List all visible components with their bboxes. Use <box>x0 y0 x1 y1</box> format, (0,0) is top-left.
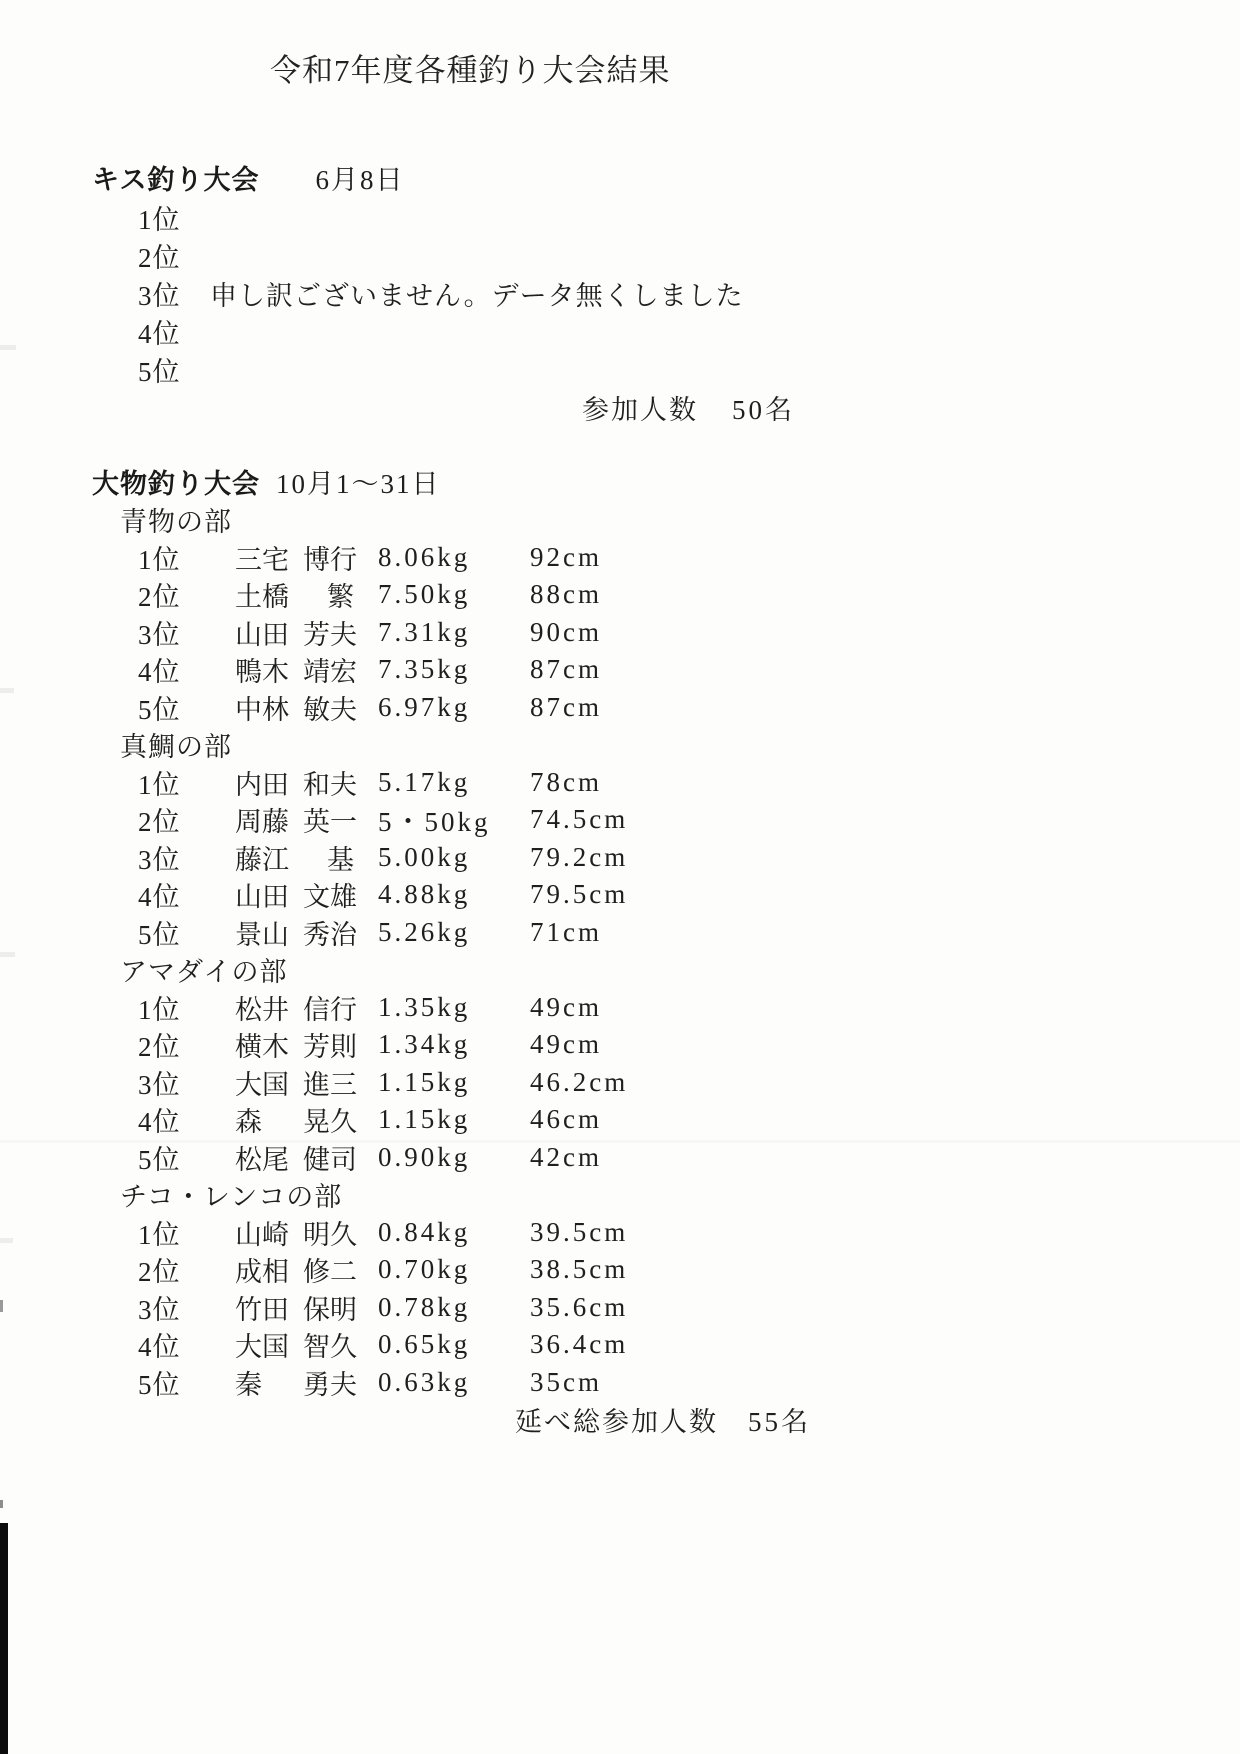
rank-row: 5位 <box>0 350 1240 388</box>
rank-label: 1位 <box>138 1213 235 1252</box>
catch-length: 42cm <box>530 1142 602 1173</box>
catch-length: 35.6cm <box>530 1292 628 1323</box>
total-participants-label: 延べ総参加人数 <box>515 1400 718 1439</box>
catch-weight: 6.97kg <box>378 692 530 723</box>
angler-given-name: 芳則 <box>303 1025 378 1064</box>
angler-family-name: 竹田 <box>235 1288 303 1327</box>
scan-streak-artifact <box>0 1238 13 1243</box>
angler-family-name: 松尾 <box>235 1138 303 1177</box>
angler-given-name: 敏夫 <box>303 688 378 727</box>
angler-family-name: 山田 <box>235 875 303 914</box>
rank-label: 2位 <box>138 1250 235 1289</box>
catch-length: 79.5cm <box>530 879 628 910</box>
scan-black-bar-artifact <box>0 1523 8 1754</box>
apology-note: 申し訳ございません。データ無くしました <box>210 274 744 313</box>
page-title: 令和7年度各種釣り大会結果 <box>270 50 671 92</box>
total-participants-line: 延べ総参加人数 55名 <box>0 1401 1240 1439</box>
rank-label: 3位 <box>138 274 210 313</box>
participants-count: 50名 <box>732 388 795 427</box>
result-row: 1位 松井 信行 1.35kg 49cm <box>0 989 1240 1027</box>
rank-label: 4位 <box>138 312 210 351</box>
catch-weight: 8.06kg <box>378 542 530 573</box>
result-row: 5位 松尾 健司 0.90kg 42cm <box>0 1139 1240 1177</box>
angler-family-name: 横木 <box>235 1025 303 1064</box>
angler-given-name: 修二 <box>303 1250 378 1289</box>
catch-length: 71cm <box>530 917 602 948</box>
catch-weight: 5.17kg <box>378 767 530 798</box>
angler-family-name: 周藤 <box>235 800 303 839</box>
catch-length: 78cm <box>530 767 602 798</box>
result-row: 2位 横木 芳則 1.34kg 49cm <box>0 1026 1240 1064</box>
result-row: 1位 三宅 博行 8.06kg 92cm <box>0 539 1240 577</box>
angler-family-name: 大国 <box>235 1325 303 1364</box>
tournament-title: 大物釣り大会 <box>92 462 260 501</box>
rank-label: 3位 <box>138 1063 235 1102</box>
angler-given-name: 靖宏 <box>303 650 378 689</box>
result-row: 5位 秦 勇夫 0.63kg 35cm <box>0 1364 1240 1402</box>
participants-line: 参加人数 50名 <box>0 388 1240 426</box>
result-row: 2位 土橋 繁 7.50kg 88cm <box>0 576 1240 614</box>
angler-given-name: 信行 <box>303 988 378 1027</box>
angler-given-name: 進三 <box>303 1063 378 1102</box>
oomono-tournament-section: 大物釣り大会 10月1～31日 青物の部 1位 三宅 博行 8.06kg 92c… <box>0 461 1240 1439</box>
angler-family-name: 山田 <box>235 613 303 652</box>
tournament-title: キス釣り大会 <box>92 158 259 197</box>
result-row: 2位 周藤 英一 5・50kg 74.5cm <box>0 801 1240 839</box>
result-row: 3位 大国 進三 1.15kg 46.2cm <box>0 1064 1240 1102</box>
rank-label: 3位 <box>138 613 235 652</box>
angler-family-name: 中林 <box>235 688 303 727</box>
rank-label: 4位 <box>138 1100 235 1139</box>
angler-family-name: 松井 <box>235 988 303 1027</box>
tournament-date: 10月1～31日 <box>276 462 441 501</box>
result-row: 5位 景山 秀治 5.26kg 71cm <box>0 914 1240 952</box>
catch-weight: 5.26kg <box>378 917 530 948</box>
angler-given-name: 晃久 <box>303 1100 378 1139</box>
rank-label: 5位 <box>138 913 235 952</box>
catch-length: 90cm <box>530 617 602 648</box>
result-row: 3位 竹田 保明 0.78kg 35.6cm <box>0 1289 1240 1327</box>
scan-streak-artifact <box>0 952 15 957</box>
section-label: 青物の部 <box>120 500 232 539</box>
catch-length: 74.5cm <box>530 804 628 835</box>
rank-label: 4位 <box>138 1325 235 1364</box>
catch-length: 87cm <box>530 692 602 723</box>
section-label-row: 真鯛の部 <box>0 726 1240 764</box>
angler-given-name: 和夫 <box>303 763 378 802</box>
rank-label: 4位 <box>138 650 235 689</box>
catch-weight: 1.15kg <box>378 1104 530 1135</box>
angler-family-name: 成相 <box>235 1250 303 1289</box>
catch-weight: 0.84kg <box>378 1217 530 1248</box>
catch-weight: 7.35kg <box>378 654 530 685</box>
angler-given-name: 繁 <box>303 575 378 614</box>
result-row: 1位 内田 和夫 5.17kg 78cm <box>0 764 1240 802</box>
rank-label: 4位 <box>138 875 235 914</box>
catch-weight: 1.34kg <box>378 1029 530 1060</box>
angler-given-name: 明久 <box>303 1213 378 1252</box>
catch-length: 46cm <box>530 1104 602 1135</box>
angler-family-name: 鴨木 <box>235 650 303 689</box>
rank-label: 5位 <box>138 1138 235 1177</box>
angler-family-name: 大国 <box>235 1063 303 1102</box>
angler-family-name: 秦 <box>235 1363 303 1402</box>
tournament-date: 6月8日 <box>315 158 404 197</box>
catch-weight: 0.63kg <box>378 1367 530 1398</box>
catch-length: 38.5cm <box>530 1254 628 1285</box>
rank-row: 4位 <box>0 312 1240 350</box>
catch-weight: 1.35kg <box>378 992 530 1023</box>
section-label-row: 青物の部 <box>0 501 1240 539</box>
scan-speck-artifact <box>0 1500 3 1508</box>
total-participants-count: 55名 <box>748 1400 811 1439</box>
catch-length: 46.2cm <box>530 1067 628 1098</box>
rank-label: 1位 <box>138 763 235 802</box>
rank-row: 3位 申し訳ございません。データ無くしました <box>0 274 1240 312</box>
catch-length: 36.4cm <box>530 1329 628 1360</box>
catch-length: 87cm <box>530 654 602 685</box>
tournament-header: キス釣り大会 6月8日 <box>0 156 1240 198</box>
kiss-tournament-section: キス釣り大会 6月8日 1位 2位 3位 申し訳ございません。データ無くしました… <box>0 156 1240 426</box>
angler-given-name: 基 <box>303 838 378 877</box>
angler-family-name: 山崎 <box>235 1213 303 1252</box>
rank-label: 1位 <box>138 538 235 577</box>
catch-weight: 0.70kg <box>378 1254 530 1285</box>
angler-given-name: 英一 <box>303 800 378 839</box>
catch-weight: 4.88kg <box>378 879 530 910</box>
catch-weight: 7.31kg <box>378 617 530 648</box>
angler-given-name: 秀治 <box>303 913 378 952</box>
rank-label: 2位 <box>138 575 235 614</box>
rank-label: 1位 <box>138 988 235 1027</box>
angler-given-name: 健司 <box>303 1138 378 1177</box>
catch-length: 79.2cm <box>530 842 628 873</box>
section-label: チコ・レンコの部 <box>120 1175 342 1214</box>
rank-label: 5位 <box>138 350 210 389</box>
angler-given-name: 芳夫 <box>303 613 378 652</box>
catch-length: 49cm <box>530 992 602 1023</box>
result-row: 4位 鴨木 靖宏 7.35kg 87cm <box>0 651 1240 689</box>
catch-weight: 5.00kg <box>378 842 530 873</box>
rank-label: 2位 <box>138 236 210 275</box>
result-row: 2位 成相 修二 0.70kg 38.5cm <box>0 1251 1240 1289</box>
result-row: 4位 山田 文雄 4.88kg 79.5cm <box>0 876 1240 914</box>
rank-row: 1位 <box>0 198 1240 236</box>
catch-length: 49cm <box>530 1029 602 1060</box>
angler-family-name: 藤江 <box>235 838 303 877</box>
angler-given-name: 保明 <box>303 1288 378 1327</box>
scan-streak-artifact <box>0 345 16 350</box>
rank-label: 3位 <box>138 1288 235 1327</box>
angler-family-name: 内田 <box>235 763 303 802</box>
result-row: 4位 大国 智久 0.65kg 36.4cm <box>0 1326 1240 1364</box>
tournament-header: 大物釣り大会 10月1～31日 <box>0 461 1240 501</box>
catch-weight: 0.65kg <box>378 1329 530 1360</box>
catch-weight: 5・50kg <box>378 800 530 839</box>
rank-label: 5位 <box>138 1363 235 1402</box>
section-label: 真鯛の部 <box>120 725 232 764</box>
angler-family-name: 土橋 <box>235 575 303 614</box>
catch-length: 88cm <box>530 579 602 610</box>
section-label: アマダイの部 <box>120 950 287 989</box>
catch-weight: 0.90kg <box>378 1142 530 1173</box>
result-row: 1位 山崎 明久 0.84kg 39.5cm <box>0 1214 1240 1252</box>
rank-label: 3位 <box>138 838 235 877</box>
rank-row: 2位 <box>0 236 1240 274</box>
angler-given-name: 文雄 <box>303 875 378 914</box>
catch-length: 92cm <box>530 542 602 573</box>
angler-family-name: 景山 <box>235 913 303 952</box>
result-row: 3位 藤江 基 5.00kg 79.2cm <box>0 839 1240 877</box>
catch-weight: 7.50kg <box>378 579 530 610</box>
rank-label: 5位 <box>138 688 235 727</box>
angler-family-name: 三宅 <box>235 538 303 577</box>
rank-label: 2位 <box>138 1025 235 1064</box>
catch-weight: 0.78kg <box>378 1292 530 1323</box>
rank-label: 2位 <box>138 800 235 839</box>
result-row: 4位 森 晃久 1.15kg 46cm <box>0 1101 1240 1139</box>
angler-given-name: 勇夫 <box>303 1363 378 1402</box>
participants-label: 参加人数 <box>582 388 698 427</box>
scan-band-artifact <box>0 1140 1240 1143</box>
section-label-row: アマダイの部 <box>0 951 1240 989</box>
result-row: 5位 中林 敏夫 6.97kg 87cm <box>0 689 1240 727</box>
scan-speck-artifact <box>0 1300 3 1312</box>
result-row: 3位 山田 芳夫 7.31kg 90cm <box>0 614 1240 652</box>
angler-family-name: 森 <box>235 1100 303 1139</box>
scanned-document-page: 令和7年度各種釣り大会結果 キス釣り大会 6月8日 1位 2位 3位 申し訳ござ… <box>0 0 1240 1754</box>
catch-weight: 1.15kg <box>378 1067 530 1098</box>
section-label-row: チコ・レンコの部 <box>0 1176 1240 1214</box>
catch-length: 35cm <box>530 1367 602 1398</box>
scan-streak-artifact <box>0 688 14 693</box>
angler-given-name: 博行 <box>303 538 378 577</box>
rank-label: 1位 <box>138 198 210 237</box>
angler-given-name: 智久 <box>303 1325 378 1364</box>
catch-length: 39.5cm <box>530 1217 628 1248</box>
